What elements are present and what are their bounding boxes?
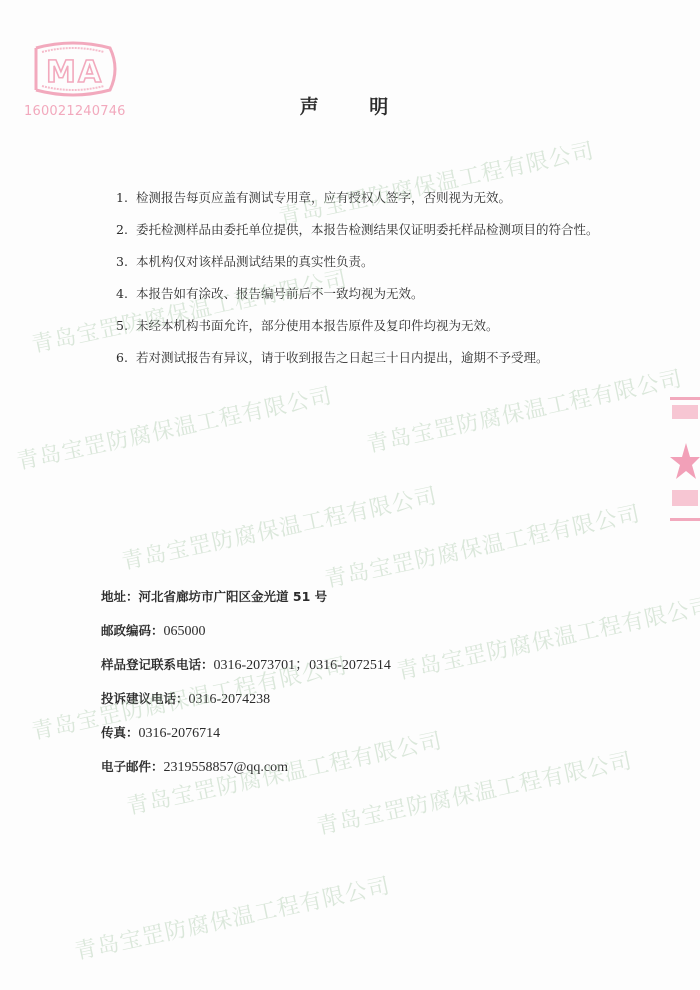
sample-phone-line: 样品登记联系电话：0316-2073701；0316-2072514 — [101, 655, 391, 689]
statement-text: 若对测试报告有异议，请于收到报告之日起三十日内提出，逾期不予受理。 — [136, 350, 549, 365]
seal-stamp-partial — [662, 395, 700, 530]
statement-item: 3.本机构仅对该样品测试结果的真实性负责。 — [116, 252, 599, 284]
statement-text: 检测报告每页应盖有测试专用章，应有授权人签字，否则视为无效。 — [136, 190, 511, 205]
email-line: 电子邮件：2319558857@qq.com — [101, 757, 391, 791]
complaint-phone-value: 0316-2074238 — [189, 692, 271, 707]
statement-text: 本机构仅对该样品测试结果的真实性负责。 — [136, 254, 374, 269]
fax-value: 0316-2076714 — [139, 726, 221, 741]
fax-line: 传真：0316-2076714 — [101, 723, 391, 757]
statement-item: 1.检测报告每页应盖有测试专用章，应有授权人签字，否则视为无效。 — [116, 188, 599, 220]
statement-text: 未经本机构书面允许，部分使用本报告原件及复印件均视为无效。 — [136, 318, 499, 333]
sample-phone-value: 0316-2073701；0316-2072514 — [214, 658, 391, 673]
statement-list: 1.检测报告每页应盖有测试专用章，应有授权人签字，否则视为无效。 2.委托检测样… — [116, 188, 599, 380]
watermark: 青岛宝罡防腐保温工程有限公司 — [119, 479, 440, 576]
statement-text: 本报告如有涂改、报告编号前后不一致均视为无效。 — [136, 286, 424, 301]
contact-info: 地址：河北省廊坊市广阳区金光道 51 号 邮政编码：065000 样品登记联系电… — [101, 587, 391, 791]
cma-logo: M A — [22, 40, 124, 98]
page-title: 声 明 — [0, 92, 700, 119]
watermark: 青岛宝罡防腐保温工程有限公司 — [322, 497, 643, 594]
complaint-phone-line: 投诉建议电话：0316-2074238 — [101, 689, 391, 723]
watermark: 青岛宝罡防腐保温工程有限公司 — [72, 869, 393, 966]
statement-item: 6.若对测试报告有异议，请于收到报告之日起三十日内提出，逾期不予受理。 — [116, 348, 599, 380]
statement-item: 5.未经本机构书面允许，部分使用本报告原件及复印件均视为无效。 — [116, 316, 599, 348]
svg-text:A: A — [78, 55, 102, 90]
svg-text:M: M — [46, 55, 76, 90]
statement-item: 4.本报告如有涂改、报告编号前后不一致均视为无效。 — [116, 284, 599, 316]
statement-text: 委托检测样品由委托单位提供，本报告检测结果仅证明委托样品检测项目的符合性。 — [136, 222, 599, 237]
watermark: 青岛宝罡防腐保温工程有限公司 — [14, 379, 335, 476]
statement-item: 2.委托检测样品由委托单位提供，本报告检测结果仅证明委托样品检测项目的符合性。 — [116, 220, 599, 252]
postcode-value: 065000 — [164, 624, 206, 639]
star-seal-icon — [662, 395, 700, 530]
postcode-line: 邮政编码：065000 — [101, 621, 391, 655]
document-page: M A 160021240746 声 明 1.检测报告每页应盖有测试专用章，应有… — [0, 0, 700, 990]
address-line: 地址：河北省廊坊市广阳区金光道 51 号 — [101, 587, 391, 621]
address-value: 河北省廊坊市广阳区金光道 51 号 — [139, 589, 328, 604]
email-value: 2319558857@qq.com — [164, 760, 289, 775]
watermark: 青岛宝罡防腐保温工程有限公司 — [394, 589, 700, 686]
cma-stamp-icon: M A — [22, 40, 124, 98]
